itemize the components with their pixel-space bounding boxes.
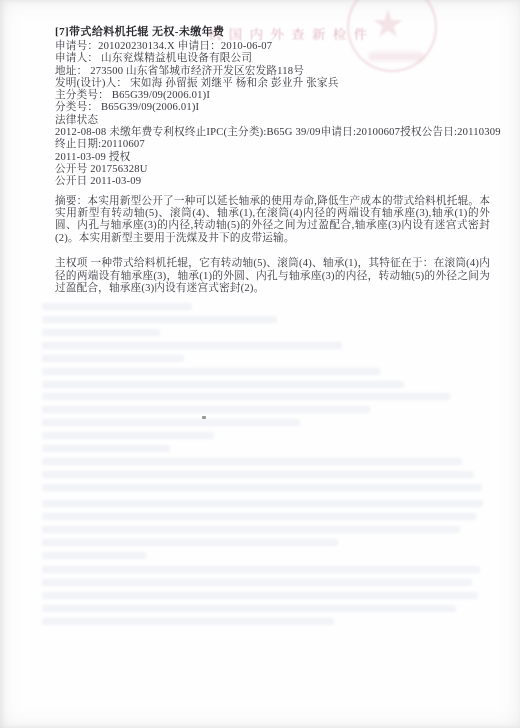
bleedthrough-line [42,605,456,612]
field-application-number: 申请号：201020230134.X 申请日：2010-06-07 [55,41,490,53]
legal-status-heading: 法律状态 [55,115,490,127]
scanned-patent-page: 机国内外查新检件 ★ [7]带式给料机托辊 无权-未缴年费 申请号：201020… [0,0,520,728]
bleedthrough-line [42,539,338,546]
field-applicant: 申请人： 山东兖煤精益机电设备有限公司 [55,53,490,65]
bleedthrough-line [42,618,334,625]
bleedthrough-line [42,419,300,426]
field-publication-number: 公开号 201756328U [55,164,490,176]
bleedthrough-line [42,566,480,573]
bleedthrough-line [42,500,483,507]
bleedthrough-line [42,342,342,349]
bleedthrough-line [42,484,482,491]
bleedthrough-line [42,368,380,375]
abstract-paragraph: 摘要：本实用新型公开了一种可以延长轴承的使用寿命,降低生产成本的带式给料机托辊。… [55,196,490,246]
bleedthrough-line [42,329,160,336]
ink-speck [202,416,206,419]
field-inventors: 发明(设计)人： 宋如海 孙留振 刘继平 杨和余 彭业升 张家兵 [55,78,490,90]
field-class: 分类号： B65G39/09(2006.01)I [55,102,490,114]
bleedthrough-line [42,432,214,439]
bleedthrough-line [42,513,476,520]
bleedthrough-line [42,393,450,400]
bleedthrough-line [42,526,460,533]
bleedthrough-line [42,552,146,559]
bleedthrough-line [42,471,474,478]
bleedthrough-line [42,445,170,452]
field-publication-date: 公开日 2011-03-09 [55,176,490,188]
field-termination-date: 终止日期:20110607 [55,139,490,151]
bleedthrough-line [42,579,472,586]
bleedthrough-line [42,316,277,323]
patent-record: [7]带式给料机托辊 无权-未缴年费 申请号：201020230134.X 申请… [55,25,490,295]
legal-event-grant: 2011-03-09 授权 [55,152,490,164]
bleedthrough-line [42,406,370,413]
main-claim-paragraph: 主权项 一种带式给料机托辊，它有转动轴(5)、滚筒(4)、轴承(1)，其特征在于… [55,258,490,295]
field-main-class: 主分类号： B65G39/09(2006.01)I [55,90,490,102]
bleedthrough-line [42,458,462,465]
bleedthrough-line [42,355,184,362]
legal-event-termination: 2012-08-08 未缴年费专利权终止IPC(主分类):B65G 39/09申… [55,127,490,139]
bleedthrough-line [42,592,478,599]
bleedthrough-line [42,381,404,388]
patent-title: [7]带式给料机托辊 无权-未缴年费 [55,25,490,39]
field-address: 地址： 273500 山东省邹城市经济开发区宏发路118号 [55,66,490,78]
bleedthrough-line [42,303,192,310]
